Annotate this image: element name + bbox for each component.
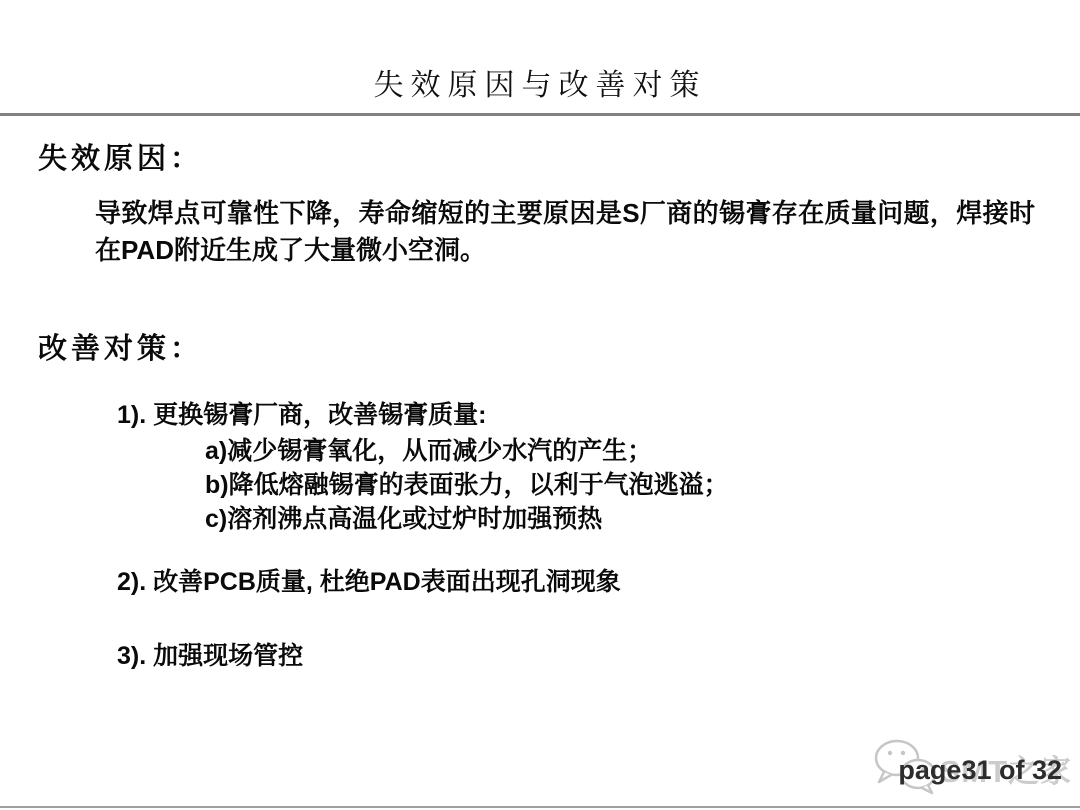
presentation-slide: 失效原因与改善对策 失效原因： 导致焊点可靠性下降，寿命缩短的主要原因是S厂商的… [0, 0, 1080, 810]
improvement-item-3: 3). 加强现场管控 [117, 636, 303, 672]
failure-cause-heading: 失效原因： [38, 136, 203, 177]
improvement-item-1: 1). 更换锡膏厂商，改善锡膏质量: [117, 395, 486, 431]
top-rule [0, 113, 1080, 116]
improvement-item-1-subitem-a: a)减少锡膏氧化，从而减少水汽的产生； [205, 431, 652, 467]
slide-title: 失效原因与改善对策 [0, 60, 1080, 104]
improvement-item-1-subitem-c: c)溶剂沸点高温化或过炉时加强预热 [205, 499, 602, 535]
bottom-rule [0, 806, 1080, 808]
page-number: page31 of 32 [898, 755, 1062, 786]
improvement-heading: 改善对策： [38, 326, 203, 367]
failure-cause-text: 导致焊点可靠性下降，寿命缩短的主要原因是S厂商的锡膏存在质量问题，焊接时在PAD… [95, 195, 1035, 269]
improvement-item-1-subitem-b: b)降低熔融锡膏的表面张力，以利于气泡逃溢； [205, 465, 729, 501]
improvement-item-2: 2). 改善PCB质量, 杜绝PAD表面出现孔洞现象 [117, 562, 621, 598]
